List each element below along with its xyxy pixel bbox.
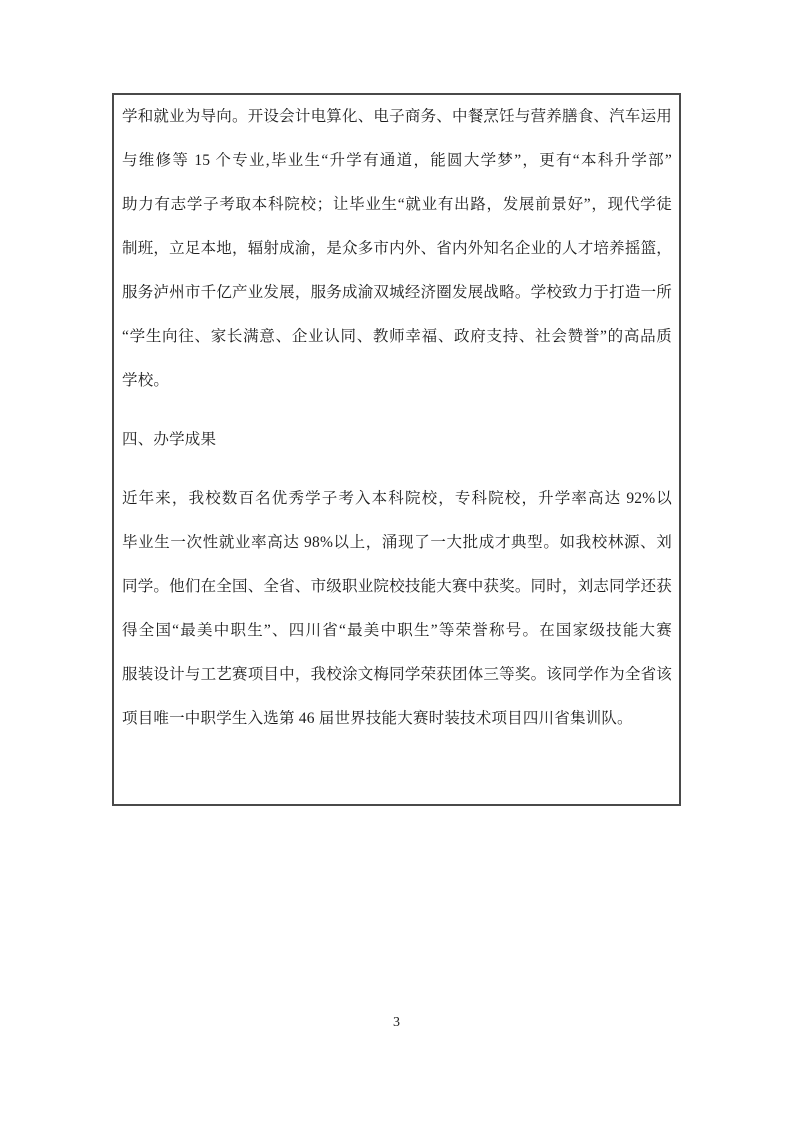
text-line: 服装设计与工艺赛项目中，我校涂文梅同学荣获团体三等奖。该同学作为全省该 <box>122 653 672 697</box>
page-number: 3 <box>0 1015 793 1031</box>
text-line: 近年来，我校数百名优秀学子考入本科院校，专科院校，升学率高达 92%以上， <box>122 477 672 521</box>
document-page: 学和就业为导向。开设会计电算化、电子商务、中餐烹饪与营养膳食、汽车运用 与维修等… <box>0 0 793 1122</box>
text-line: 服务泸州市千亿产业发展，服务成渝双城经济圈发展战略。学校致力于打造一所 <box>122 271 672 315</box>
text-line: 制班，立足本地，辐射成渝，是众多市内外、省内外知名企业的人才培养摇篮， <box>122 227 672 271</box>
text-line: 助力有志学子考取本科院校；让毕业生“就业有出路，发展前景好”，现代学徒 <box>122 183 672 227</box>
text-line: 毕业生一次性就业率高达 98%以上，涌现了一大批成才典型。如我校林源、刘志 <box>122 521 672 565</box>
text-line: 与维修等 15 个专业,毕业生“升学有通道，能圆大学梦”，更有“本科升学部” <box>122 139 672 183</box>
paragraph-school-overview: 学和就业为导向。开设会计电算化、电子商务、中餐烹饪与营养膳食、汽车运用 与维修等… <box>122 95 672 403</box>
text-line: 同学。他们在全国、全省、市级职业院校技能大赛中获奖。同时，刘志同学还获 <box>122 565 672 609</box>
section-heading: 四、办学成果 <box>122 418 672 462</box>
text-line: 学和就业为导向。开设会计电算化、电子商务、中餐烹饪与营养膳食、汽车运用 <box>122 95 672 139</box>
text-line: 学校。 <box>122 359 672 403</box>
text-line: 项目唯一中职学生入选第 46 届世界技能大赛时装技术项目四川省集训队。 <box>122 697 672 741</box>
document-text-box: 学和就业为导向。开设会计电算化、电子商务、中餐烹饪与营养膳食、汽车运用 与维修等… <box>112 93 681 806</box>
paragraph-achievements: 近年来，我校数百名优秀学子考入本科院校，专科院校，升学率高达 92%以上， 毕业… <box>122 477 672 741</box>
text-line: “学生向往、家长满意、企业认同、教师幸福、政府支持、社会赞誉”的高品质 <box>122 315 672 359</box>
text-line: 得全国“最美中职生”、四川省“最美中职生”等荣誉称号。在国家级技能大赛 <box>122 609 672 653</box>
section-heading-block: 四、办学成果 <box>122 418 672 462</box>
